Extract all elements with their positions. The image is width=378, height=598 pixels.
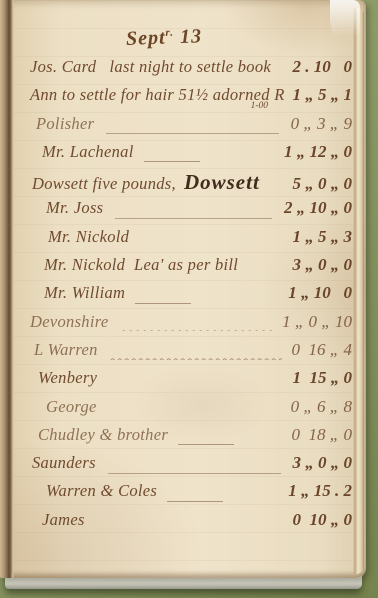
scanned-ledger-photo: Septr. 13 Jos. Card last night to settle… <box>0 0 378 598</box>
book-binding-edge <box>0 0 14 578</box>
entry-amount: 2 „ 10 „ 0 <box>284 198 352 218</box>
ledger-content: Septr. 13 Jos. Card last night to settle… <box>30 18 352 538</box>
entry-dash-line <box>167 489 223 502</box>
ledger-entries: Jos. Card last night to settle book 2 . … <box>30 57 352 538</box>
ledger-entry-row: Saunders 3 „ 0 „ 0 <box>30 453 352 481</box>
entry-description: Mr. Nickold <box>48 227 129 247</box>
entry-description: Devonshire <box>30 312 108 332</box>
entry-description: Mr. William <box>44 283 125 303</box>
entry-description: Mr. Lachenal <box>42 142 134 162</box>
entry-description: Mr. Nickold Lea' as per bill <box>44 255 238 275</box>
entry-amount: 0 16 „ 4 <box>292 340 352 360</box>
entry-dash-line <box>118 320 272 331</box>
entry-description: Saunders <box>32 453 96 473</box>
entry-dash-line <box>115 206 272 219</box>
entry-amount: 0 „ 6 „ 8 <box>291 397 352 417</box>
entry-dash-line <box>108 461 281 474</box>
page-date-heading: Septr. 13 <box>126 20 353 51</box>
entry-dash-line <box>108 349 282 360</box>
entry-description: Warren & Coles <box>46 481 157 501</box>
entry-signature: Dowsett <box>176 170 268 195</box>
entry-amount: 2 . 10 0 <box>293 57 353 77</box>
entry-description: Jos. Card last night to settle book <box>30 57 271 77</box>
entry-description: Ann to settle for hair 51½ adorned R <box>30 85 285 105</box>
ledger-entry-row: Ann to settle for hair 51½ adorned R 1-0… <box>30 85 352 113</box>
entry-description: Polisher <box>36 114 94 134</box>
entry-amount: 5 „ 0 „ 0 <box>293 174 353 194</box>
ledger-entry-row: Warren & Coles 1 „ 15 . 2 <box>30 481 352 509</box>
wavy-ink-line <box>108 349 282 360</box>
entry-dash-line <box>106 121 278 134</box>
entry-dash-line <box>135 291 191 304</box>
entry-amount: 1 „ 5 „ 1 <box>293 85 353 105</box>
wavy-ink-line <box>118 320 272 331</box>
entry-dash-line <box>178 433 234 446</box>
ledger-entry-row: Polisher 0 „ 3 „ 9 <box>30 114 352 142</box>
entry-amount: 3 „ 0 „ 0 <box>293 255 353 275</box>
ledger-entry-row: James 0 10 „ 0 <box>30 510 352 538</box>
ledger-entry-row: Mr. Nickold Lea' as per bill 3 „ 0 „ 0 <box>30 255 352 283</box>
ledger-entry-row: L Warren 0 16 „ 4 <box>30 340 352 368</box>
entry-description: Dowsett five pounds, <box>32 174 176 194</box>
entry-amount: 0 „ 3 „ 9 <box>291 114 352 134</box>
ledger-entry-row: Chudley & brother 0 18 „ 0 <box>30 425 352 453</box>
ledger-entry-row: Wenbery 1 15 „ 0 <box>30 368 352 396</box>
entry-amount: 0 18 „ 0 <box>292 425 352 445</box>
entry-description: Chudley & brother <box>38 425 168 445</box>
entry-description: L Warren <box>34 340 98 360</box>
ledger-entry-row: George 0 „ 6 „ 8 <box>30 397 352 425</box>
heading-day: 13 <box>174 25 203 48</box>
entry-description: George <box>46 397 97 417</box>
ledger-entry-row: Dowsett five pounds, Dowsett 5 „ 0 „ 0 <box>30 170 352 198</box>
entry-amount: 0 10 „ 0 <box>293 510 353 530</box>
entry-description: Wenbery <box>38 368 97 388</box>
entry-description: James <box>42 510 85 530</box>
heading-month: Sept <box>126 27 166 50</box>
entry-amount: 1 „ 0 „ 10 <box>282 312 352 332</box>
ledger-entry-row: Mr. Lachenal 1 „ 12 „ 0 <box>30 142 352 170</box>
ledger-entry-row: Mr. Nickold 1 „ 5 „ 3 <box>30 227 352 255</box>
ledger-entry-row: Mr. Joss 2 „ 10 „ 0 <box>30 198 352 226</box>
entry-amount: 1 „ 5 „ 3 <box>293 227 353 247</box>
ledger-entry-row: Jos. Card last night to settle book 2 . … <box>30 57 352 85</box>
ledger-entry-row: Devonshire 1 „ 0 „ 10 <box>30 312 352 340</box>
entry-amount: 1 „ 10 0 <box>288 283 352 303</box>
entry-dash-line <box>144 150 200 163</box>
entry-subnote: 1-00 <box>251 101 268 111</box>
ledger-entry-row: Mr. William 1 „ 10 0 <box>30 283 352 311</box>
entry-amount: 1 15 „ 0 <box>293 368 353 388</box>
under-page-edge <box>353 8 364 574</box>
entry-amount: 3 „ 0 „ 0 <box>293 453 353 473</box>
entry-amount: 1 „ 15 . 2 <box>288 481 352 501</box>
entry-description: Mr. Joss <box>46 198 103 218</box>
entry-amount: 1 „ 12 „ 0 <box>284 142 352 162</box>
ledger-page: Septr. 13 Jos. Card last night to settle… <box>0 0 366 578</box>
